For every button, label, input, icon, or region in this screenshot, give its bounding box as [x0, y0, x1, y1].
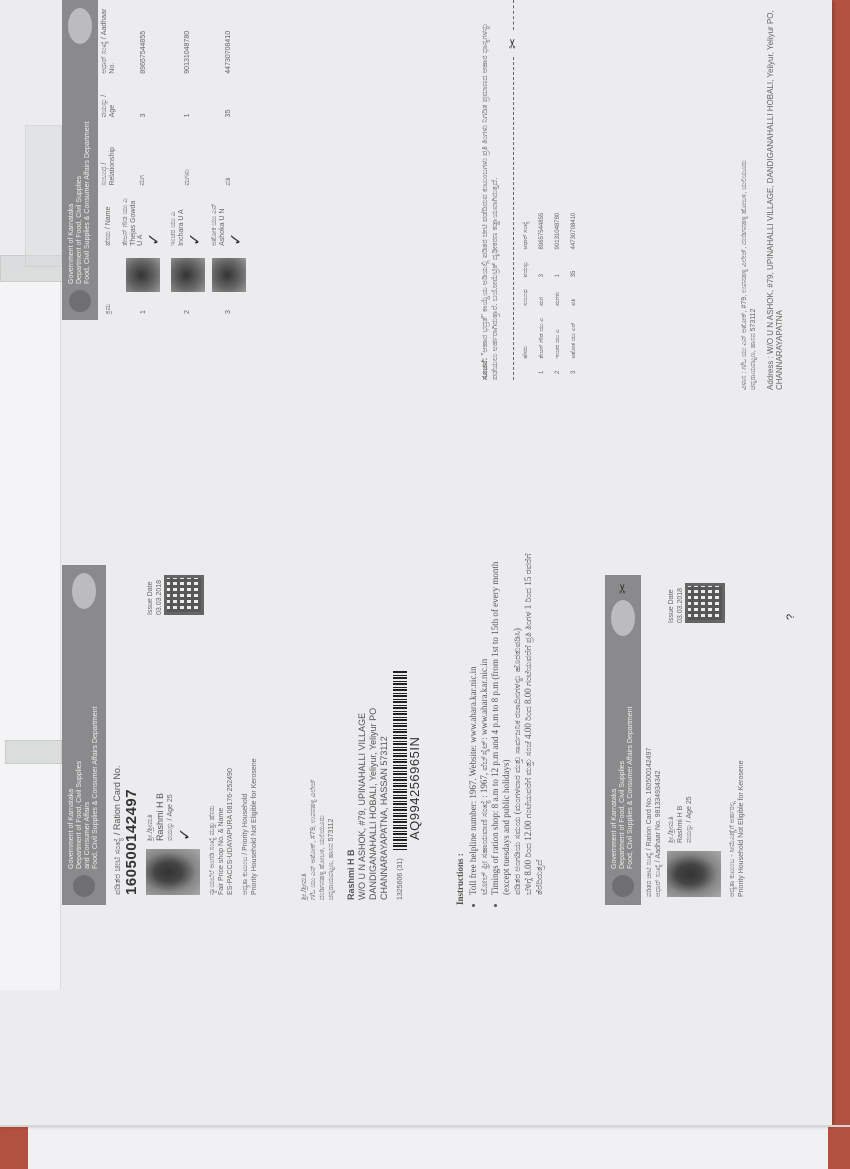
- department-logo-icon: [68, 8, 92, 44]
- note-block: ಸೂಚನೆ: "ಆಹಾರ ಭದ್ರತೆ" ಕಾಯ್ದೆಯ ಅಡಿಯಲ್ಲಿ ಪಡ…: [480, 0, 680, 380]
- folded-flap: [0, 270, 61, 990]
- stub-aadhaar-number: 981334934342: [655, 771, 662, 818]
- issue-date: 03.03.2018: [155, 575, 164, 615]
- department-logo-icon: [72, 573, 96, 609]
- fair-price-shop: ES-PACCS-UDAYAPURA 08176-252490: [226, 575, 235, 895]
- member-photo: [212, 258, 246, 292]
- members-table: ಕ್ರಮ ಹೆಸರು / Name ಸಂಬಂಧ / Relationship ವ…: [98, 0, 249, 320]
- scissors-icon: ✂: [508, 38, 518, 49]
- checkmark-icon: ✓: [146, 232, 163, 245]
- instructions: Instructions : Toll free helpline number…: [455, 545, 605, 905]
- scissors-icon: ✂: [619, 583, 627, 594]
- cut-line: [513, 57, 514, 380]
- member-photo: [171, 258, 205, 292]
- ration-card-number: 160500142497: [123, 575, 140, 895]
- qr-code-icon: [164, 575, 204, 615]
- stub-card-header: Government of Karnataka Department of Fo…: [605, 575, 641, 905]
- stub-holder-photo: [667, 851, 721, 897]
- table-row: 3 ಅಶೋಕ ಯು ಎನ್Ashoka U N✓ ಪತಿ 35 44730708…: [208, 0, 249, 320]
- holder-name: Rashmi H B: [155, 793, 166, 841]
- footer-address: ವಿಳಾಸ : ಗ/ಓ ಯು ಎನ್ ಅಶೋಕ್, #79, ಉಪನಹಳ್ಳಿ …: [740, 0, 820, 390]
- table-row: 1ತೇಜಸ್ ಗೌಡ ಯು ಎಮಗ389657544855: [534, 207, 550, 380]
- page-mark: ?: [785, 600, 805, 620]
- table-row: 2 ಇಂಚರ ಯು ಎInchara U A✓ ಮಗಳು 1 901310487…: [167, 0, 208, 320]
- stub-card: Government of Karnataka Department of Fo…: [605, 575, 825, 905]
- postal-address: ಶ್ರೀ./ಶ್ರೀಮತಿ ಗ/ಓ ಯು ಎನ್ ಅಶೋಕ್, #79, ಉಪನ…: [300, 580, 450, 900]
- holder-photo: [146, 849, 200, 895]
- state-emblem-icon: [73, 875, 95, 897]
- main-card-header: Government of Karnataka Department of Fo…: [62, 565, 106, 905]
- members-section: Government of Karnataka Department of Fo…: [62, 0, 832, 320]
- tracking-number: AQ994256965IN: [407, 580, 422, 840]
- table-row: 3ಅಶೋಕ ಯು ಎನ್ಪತಿ3544730708410: [566, 207, 582, 380]
- checkmark-icon: ✓: [175, 793, 195, 841]
- barcode-icon: [393, 670, 407, 850]
- tape-strip: [25, 125, 62, 267]
- stub-members-table: ಹೆಸರುಸಂಬಂಧವಯಸ್ಸುಆಧಾರ್ ಸಂಖ್ಯೆ 1ತೇಜಸ್ ಗೌಡ …: [518, 207, 582, 380]
- holder-age: 25: [167, 794, 174, 802]
- stub-holder-name: Rashmi H B: [676, 796, 685, 843]
- sheet-edge: [0, 1125, 850, 1127]
- department-logo-icon: [611, 600, 635, 636]
- state-emblem-icon: [612, 875, 634, 897]
- tape-strip: [5, 740, 62, 764]
- checkmark-icon: ✓: [187, 232, 204, 245]
- stub-ration-card-number: 160500142497: [646, 748, 653, 795]
- members-header: Government of Karnataka Department of Fo…: [62, 0, 98, 320]
- ration-card-label: ಪಡಿತರ ಚೀಟಿ ಸಂಖ್ಯೆ / Ration Card No.: [112, 575, 123, 895]
- checkmark-icon: ✓: [228, 232, 245, 245]
- stub-issue-date: 03.03.2018: [676, 583, 685, 623]
- household-category: Priority Household Not Eligible for Kero…: [250, 575, 259, 895]
- qr-code-icon: [685, 583, 725, 623]
- addressee-name: Rashmi H B: [346, 580, 357, 900]
- member-photo: [126, 258, 160, 292]
- ration-card-sheet: Government of Karnataka Department of Fo…: [0, 0, 832, 1125]
- state-emblem-icon: [69, 290, 91, 312]
- table-row: 2ಇಂಚರ ಯು ಎಮಗಳು190131048780: [550, 207, 566, 380]
- table-row: 1 ತೇಜಸ್ ಗೌಡ ಯು ಎThejas Gowda U A✓ ಮಗ 3 8…: [119, 0, 167, 320]
